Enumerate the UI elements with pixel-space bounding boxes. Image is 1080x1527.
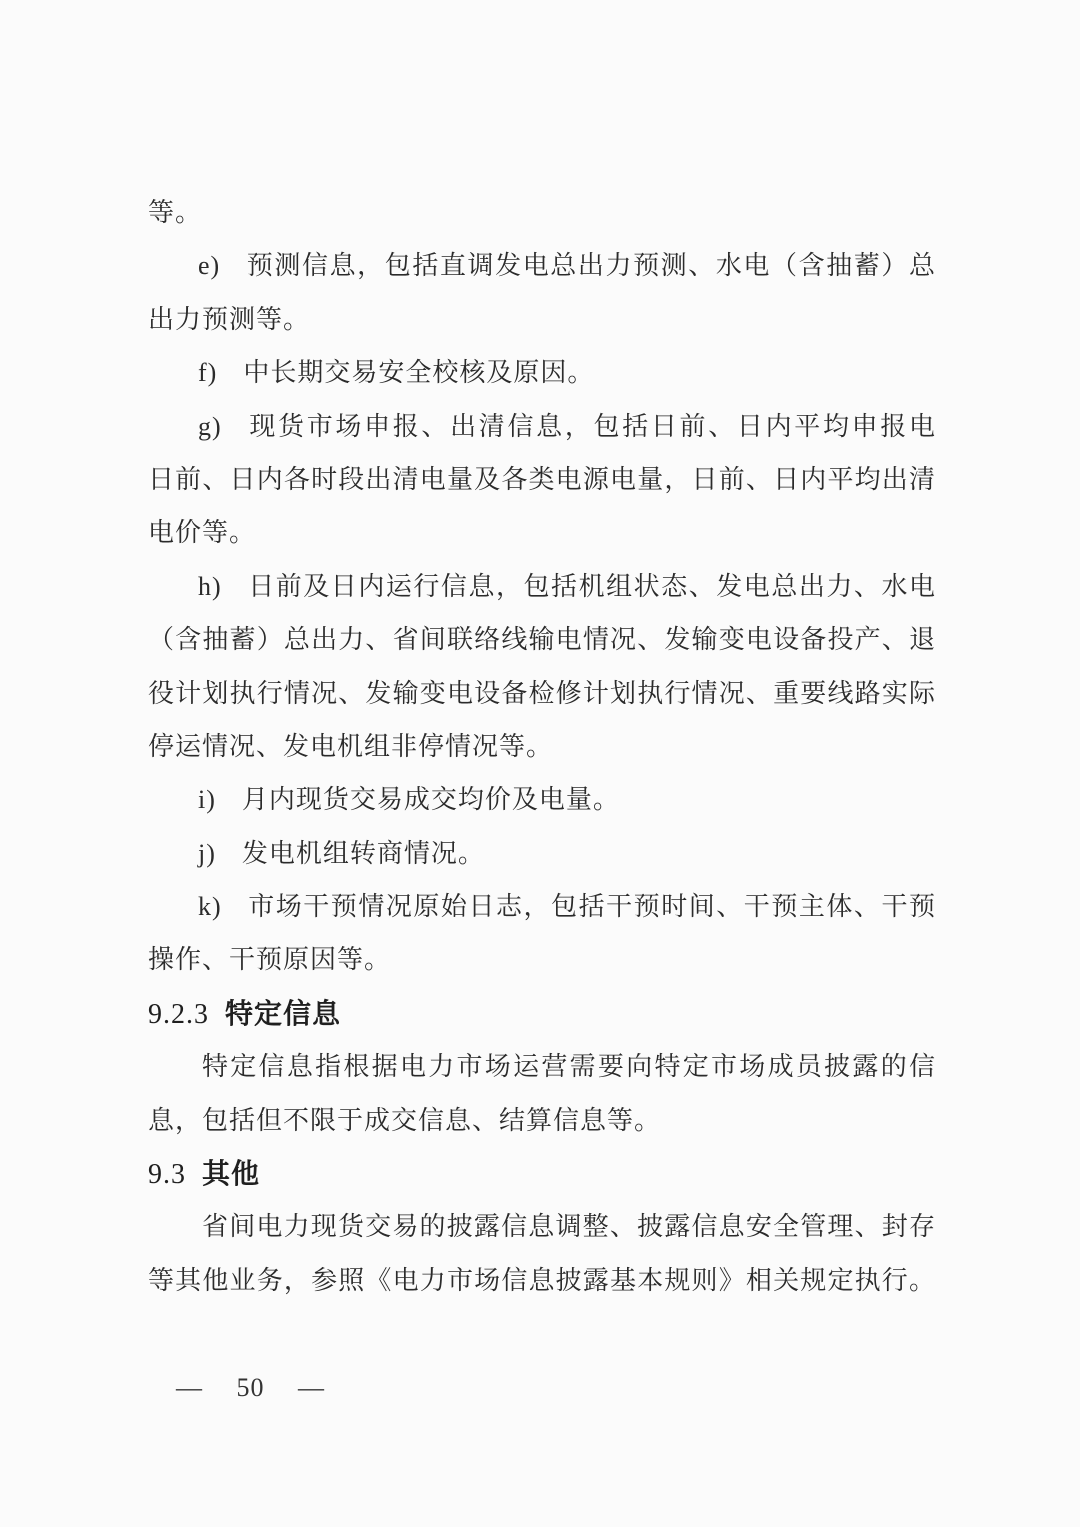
document-body: 等。e)预测信息，包括直调发电总出力预测、水电（含抽蓄）总出力预测等。f)中长期…	[148, 186, 936, 1307]
list-item-line: k)市场干预情况原始日志，包括干预时间、干预主体、干预	[148, 880, 936, 933]
section-heading: 9.3其他	[148, 1147, 936, 1200]
list-item-marker: f)	[198, 358, 217, 387]
list-item-marker: e)	[198, 251, 220, 280]
text-line: （含抽蓄）总出力、省间联络线输电情况、发输变电设备投产、退	[148, 613, 936, 666]
list-item-line: e)预测信息，包括直调发电总出力预测、水电（含抽蓄）总	[148, 239, 936, 292]
text-line: 现货市场申报、出清信息，包括日前、日内平均申报电价，	[198, 412, 936, 453]
text-line: 出力预测等。	[148, 293, 936, 346]
text-line: 息，包括但不限于成交信息、结算信息等。	[148, 1094, 936, 1147]
heading-title: 其他	[202, 1158, 260, 1189]
text-line: 等。	[148, 186, 936, 239]
list-item-marker: k)	[198, 892, 222, 921]
page-footer: — 50 —	[176, 1372, 325, 1404]
heading-title: 特定信息	[225, 998, 341, 1029]
document-page: 等。e)预测信息，包括直调发电总出力预测、水电（含抽蓄）总出力预测等。f)中长期…	[0, 0, 1080, 1527]
text-line: 停运情况、发电机组非停情况等。	[148, 720, 936, 773]
text-line: 电价等。	[148, 506, 936, 559]
text-line: 役计划执行情况、发输变电设备检修计划执行情况、重要线路实际	[148, 667, 936, 720]
paragraph-first-line: 省间电力现货交易的披露信息调整、披露信息安全管理、封存	[148, 1200, 936, 1253]
page-number: — 50 —	[176, 1373, 325, 1402]
text-line: 日前、日内各时段出清电量及各类电源电量，日前、日内平均出清	[148, 453, 936, 506]
text-line: 日前及日内运行信息，包括机组状态、发电总出力、水电	[248, 572, 936, 601]
list-item-marker: i)	[198, 785, 216, 814]
section-heading: 9.2.3特定信息	[148, 987, 936, 1040]
text-line: 中长期交易安全校核及原因。	[243, 358, 594, 387]
list-item-line: i)月内现货交易成交均价及电量。	[148, 773, 936, 826]
text-line: 操作、干预原因等。	[148, 933, 936, 986]
list-item-marker: j)	[198, 839, 216, 868]
list-item-line: j)发电机组转商情况。	[148, 827, 936, 880]
text-line: 市场干预情况原始日志，包括干预时间、干预主体、干预	[248, 892, 936, 921]
list-item-marker: g)	[198, 412, 222, 441]
text-line: 等其他业务，参照《电力市场信息披露基本规则》相关规定执行。	[148, 1254, 936, 1307]
heading-number: 9.2.3	[148, 999, 209, 1030]
text-line: 月内现货交易成交均价及电量。	[242, 785, 620, 814]
text-line: 预测信息，包括直调发电总出力预测、水电（含抽蓄）总	[246, 251, 936, 280]
heading-number: 9.3	[148, 1159, 186, 1190]
list-item-line: g)现货市场申报、出清信息，包括日前、日内平均申报电价，	[148, 400, 936, 453]
list-item-line: h)日前及日内运行信息，包括机组状态、发电总出力、水电	[148, 560, 936, 613]
list-item-marker: h)	[198, 572, 222, 601]
text-line: 发电机组转商情况。	[242, 839, 485, 868]
list-item-line: f)中长期交易安全校核及原因。	[148, 346, 936, 399]
paragraph-first-line: 特定信息指根据电力市场运营需要向特定市场成员披露的信	[148, 1040, 936, 1093]
